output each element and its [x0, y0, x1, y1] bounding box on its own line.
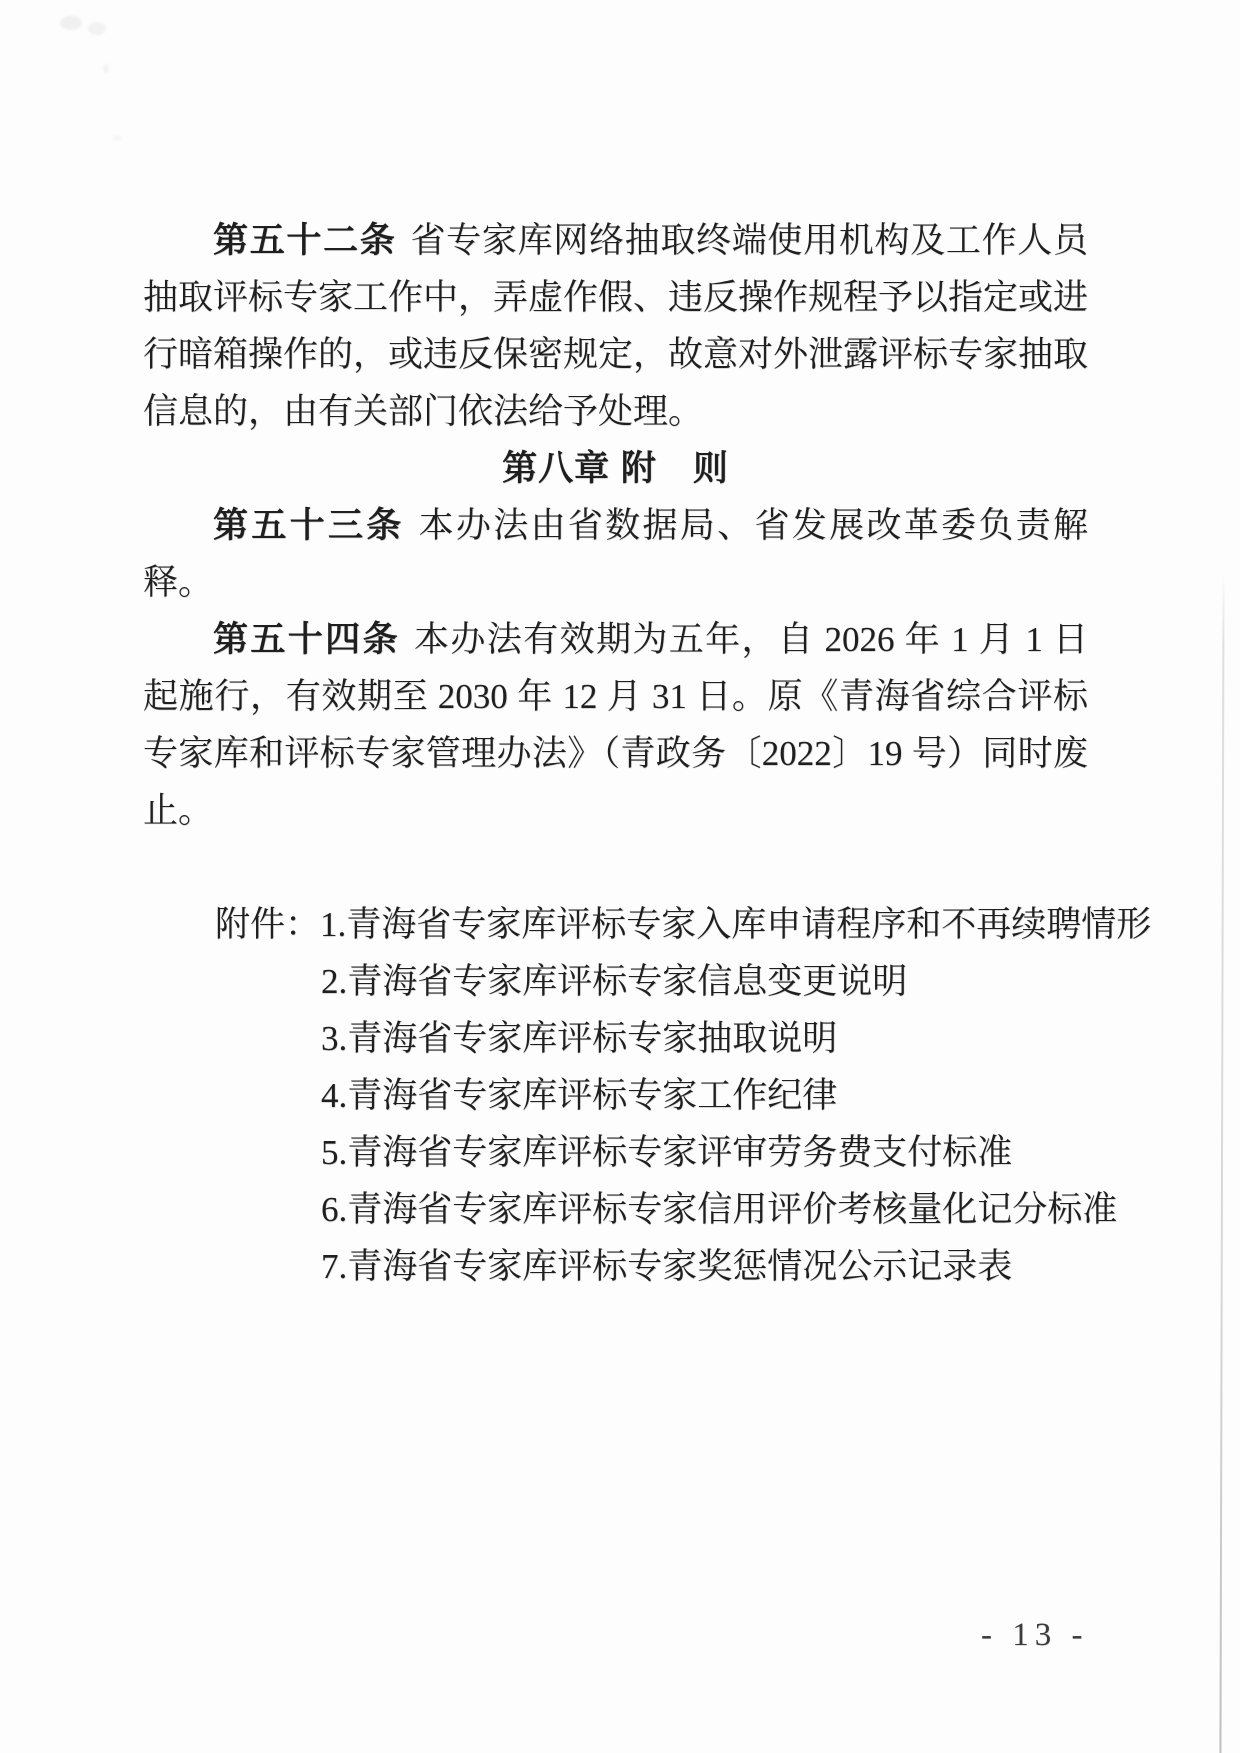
- document-page: 第五十二条省专家库网络抽取终端使用机构及工作人员抽取评标专家工作中，弄虚作假、违…: [0, 0, 1240, 1753]
- article-53-number: 第五十三条: [213, 506, 405, 545]
- attachments-label: 附件：: [215, 896, 320, 953]
- scan-artifact: [112, 136, 122, 141]
- attachment-row: 3.青海省专家库评标专家抽取说明: [215, 1010, 1088, 1067]
- scan-edge-line: [1219, 575, 1224, 1753]
- attachment-row: 5.青海省专家库评标专家评审劳务费支付标准: [215, 1124, 1088, 1181]
- attachment-row: 4.青海省专家库评标专家工作纪律: [215, 1067, 1088, 1124]
- article-54-number: 第五十四条: [213, 620, 400, 659]
- chapter-8-heading: 第八章 附 则: [143, 440, 1088, 497]
- attachment-item-3: 3.青海省专家库评标专家抽取说明: [321, 1010, 837, 1067]
- attachment-row: 2.青海省专家库评标专家信息变更说明: [215, 953, 1088, 1010]
- attachment-row: 7.青海省专家库评标专家奖惩情况公示记录表: [215, 1238, 1088, 1295]
- article-53-paragraph: 第五十三条本办法由省数据局、省发展改革委负责解释。: [143, 497, 1088, 611]
- scan-artifact: [60, 16, 82, 30]
- scan-artifact: [103, 64, 109, 73]
- attachment-row: 6.青海省专家库评标专家信用评价考核量化记分标准: [215, 1181, 1088, 1238]
- article-54-paragraph: 第五十四条本办法有效期为五年，自 2026 年 1 月 1 日起施行，有效期至 …: [143, 611, 1088, 839]
- article-52-number: 第五十二条: [213, 221, 396, 260]
- attachment-item-1: 1.青海省专家库评标专家入库申请程序和不再续聘情形: [320, 896, 1151, 953]
- attachment-row: 附件： 1.青海省专家库评标专家入库申请程序和不再续聘情形: [215, 896, 1088, 953]
- attachment-item-6: 6.青海省专家库评标专家信用评价考核量化记分标准: [321, 1181, 1117, 1238]
- attachment-item-5: 5.青海省专家库评标专家评审劳务费支付标准: [321, 1124, 1012, 1181]
- document-content: 第五十二条省专家库网络抽取终端使用机构及工作人员抽取评标专家工作中，弄虚作假、违…: [143, 212, 1088, 1295]
- article-52-paragraph: 第五十二条省专家库网络抽取终端使用机构及工作人员抽取评标专家工作中，弄虚作假、违…: [143, 212, 1088, 440]
- attachment-item-7: 7.青海省专家库评标专家奖惩情况公示记录表: [321, 1238, 1012, 1295]
- page-number: - 13 -: [981, 1615, 1088, 1655]
- attachment-item-4: 4.青海省专家库评标专家工作纪律: [321, 1067, 837, 1124]
- attachment-item-2: 2.青海省专家库评标专家信息变更说明: [321, 953, 907, 1010]
- attachments-list: 附件： 1.青海省专家库评标专家入库申请程序和不再续聘情形 2.青海省专家库评标…: [143, 896, 1088, 1295]
- scan-artifact: [88, 22, 106, 35]
